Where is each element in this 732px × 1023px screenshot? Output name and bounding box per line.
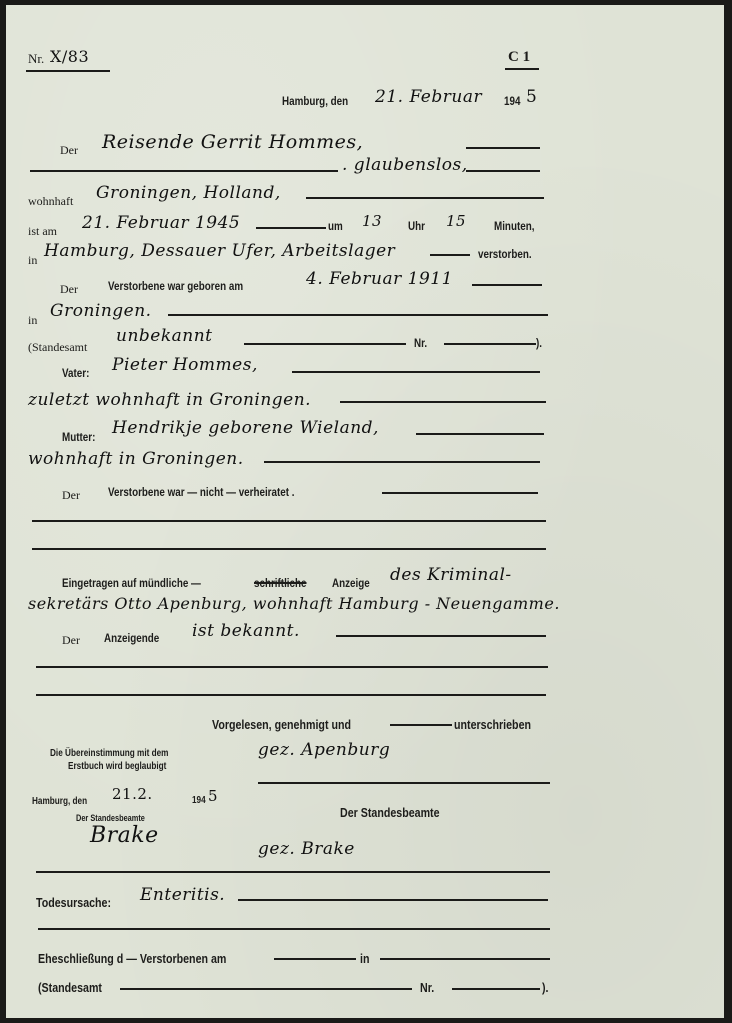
footer-standesamt-label: (Standesamt <box>38 980 102 995</box>
cause-of-death-label: Todesursache: <box>36 895 111 910</box>
standesbeamte-title: Der Standesbeamte <box>340 805 440 820</box>
form-code-underline <box>505 68 539 70</box>
mother-residence: wohnhaft in Groningen. <box>28 449 244 469</box>
record-number-value: X/83 <box>50 47 89 66</box>
fill-line <box>452 988 540 990</box>
marriage-label: Eheschließung d — Verstorbenen am <box>38 951 226 966</box>
fill-line <box>244 343 406 345</box>
marital-der-label: Der <box>62 488 80 503</box>
struck-schriftliche: schriftliche <box>254 576 307 590</box>
fill-line <box>36 666 548 668</box>
father-residence: zuletzt wohnhaft in Groningen. <box>28 390 311 410</box>
fill-line <box>168 314 548 316</box>
fill-line <box>466 147 540 149</box>
anzeigende-label: Anzeigende <box>104 631 159 645</box>
fill-line <box>238 899 548 901</box>
fill-line <box>38 928 550 930</box>
mother-label: Mutter: <box>62 430 95 444</box>
fill-line <box>430 254 470 256</box>
deceased-religion: . glaubenslos, <box>342 155 468 175</box>
record-number-label: Nr. <box>28 51 44 67</box>
certification-standesbeamte: Der Standesbeamte <box>76 813 145 823</box>
death-hour: 13 <box>362 212 382 230</box>
fill-line <box>390 724 452 726</box>
death-certificate-page: Nr. X/83 C 1 Hamburg, den 21. Februar 19… <box>6 5 724 1018</box>
record-number-underline <box>26 70 110 72</box>
marital-status: Verstorbene war — nicht — verheiratet . <box>108 485 294 499</box>
standesamt-nr-label: Nr. <box>414 336 427 350</box>
um-label: um <box>328 219 343 233</box>
death-date: 21. Februar 1945 <box>82 213 240 233</box>
mother-name: Hendrikje geborene Wieland, <box>112 418 379 438</box>
death-minute: 15 <box>446 212 466 230</box>
certification-place-label: Hamburg, den <box>32 796 87 807</box>
fill-line <box>306 197 544 199</box>
deceased-residence: Groningen, Holland, <box>96 183 281 203</box>
fill-line <box>32 548 546 550</box>
year-printed: 194 <box>504 94 520 108</box>
father-label: Vater: <box>62 366 89 380</box>
fill-line <box>380 958 550 960</box>
fill-line <box>274 958 356 960</box>
uhr-label: Uhr <box>408 219 425 233</box>
fill-line <box>256 227 326 229</box>
birth-date: 4. Februar 1911 <box>306 269 453 289</box>
residence-label: wohnhaft <box>28 194 73 209</box>
reporter-signature: gez. Apenburg <box>258 740 390 760</box>
fill-line <box>30 170 338 172</box>
fill-line <box>382 492 538 494</box>
certification-date: 21.2. <box>112 785 153 803</box>
fill-line <box>444 343 536 345</box>
born-der-label: Der <box>60 282 78 297</box>
standesamt-label: (Standesamt <box>28 340 87 355</box>
year-handwritten: 5 <box>526 87 537 107</box>
fill-line <box>340 401 546 403</box>
anzeige-label: Anzeige <box>332 576 370 590</box>
form-code: C 1 <box>508 49 530 66</box>
close-paren: ). <box>536 336 542 350</box>
unterschrieben-label: unterschrieben <box>454 717 531 732</box>
death-place: Hamburg, Dessauer Ufer, Arbeitslager <box>44 241 395 261</box>
reporter-line-1: des Kriminal- <box>390 565 512 585</box>
anzeigende-der-label: Der <box>62 633 80 648</box>
fill-line <box>416 433 544 435</box>
birth-place: Groningen. <box>50 301 152 321</box>
marriage-in-label: in <box>360 951 369 966</box>
certification-signature: Brake <box>90 823 159 848</box>
verstorben-label: verstorben. <box>478 247 532 261</box>
certification-line-1: Die Übereinstimmung mit dem <box>50 748 168 759</box>
footer-nr-label: Nr. <box>420 980 434 995</box>
der-label: Der <box>60 143 78 158</box>
father-name: Pieter Hommes, <box>112 355 258 375</box>
born-label: Verstorbene war geboren am <box>108 279 243 293</box>
death-place-in-label: in <box>28 253 37 268</box>
fill-line <box>466 170 540 172</box>
died-on-label: ist am <box>28 224 57 239</box>
place-date-label: Hamburg, den <box>282 94 348 108</box>
fill-line <box>36 694 546 696</box>
anzeigende-value: ist bekannt. <box>192 621 300 641</box>
cause-of-death-value: Enteritis. <box>140 885 225 905</box>
fill-line <box>264 461 540 463</box>
birth-in-label: in <box>28 313 37 328</box>
fill-line <box>336 635 546 637</box>
certification-year-hand: 5 <box>208 787 218 805</box>
fill-line <box>472 284 542 286</box>
certification-year-printed: 194 <box>192 795 206 806</box>
registration-date: 21. Februar <box>375 87 482 107</box>
fill-line <box>32 520 546 522</box>
reporter-line-2: sekretärs Otto Apenburg, wohnhaft Hambur… <box>28 594 560 613</box>
standesamt-value: unbekannt <box>116 326 213 346</box>
signature-line <box>36 871 550 873</box>
official-signature: gez. Brake <box>258 839 355 859</box>
certification-line-2: Erstbuch wird beglaubigt <box>68 761 166 772</box>
footer-close-paren: ). <box>542 980 549 995</box>
minuten-label: Minuten, <box>494 219 534 233</box>
signature-line <box>258 782 550 784</box>
deceased-name: Reisende Gerrit Hommes, <box>102 131 363 153</box>
fill-line <box>120 988 412 990</box>
vorgelesen-label: Vorgelesen, genehmigt und <box>212 717 351 732</box>
eingetragen-label: Eingetragen auf mündliche — <box>62 576 201 590</box>
fill-line <box>292 371 540 373</box>
